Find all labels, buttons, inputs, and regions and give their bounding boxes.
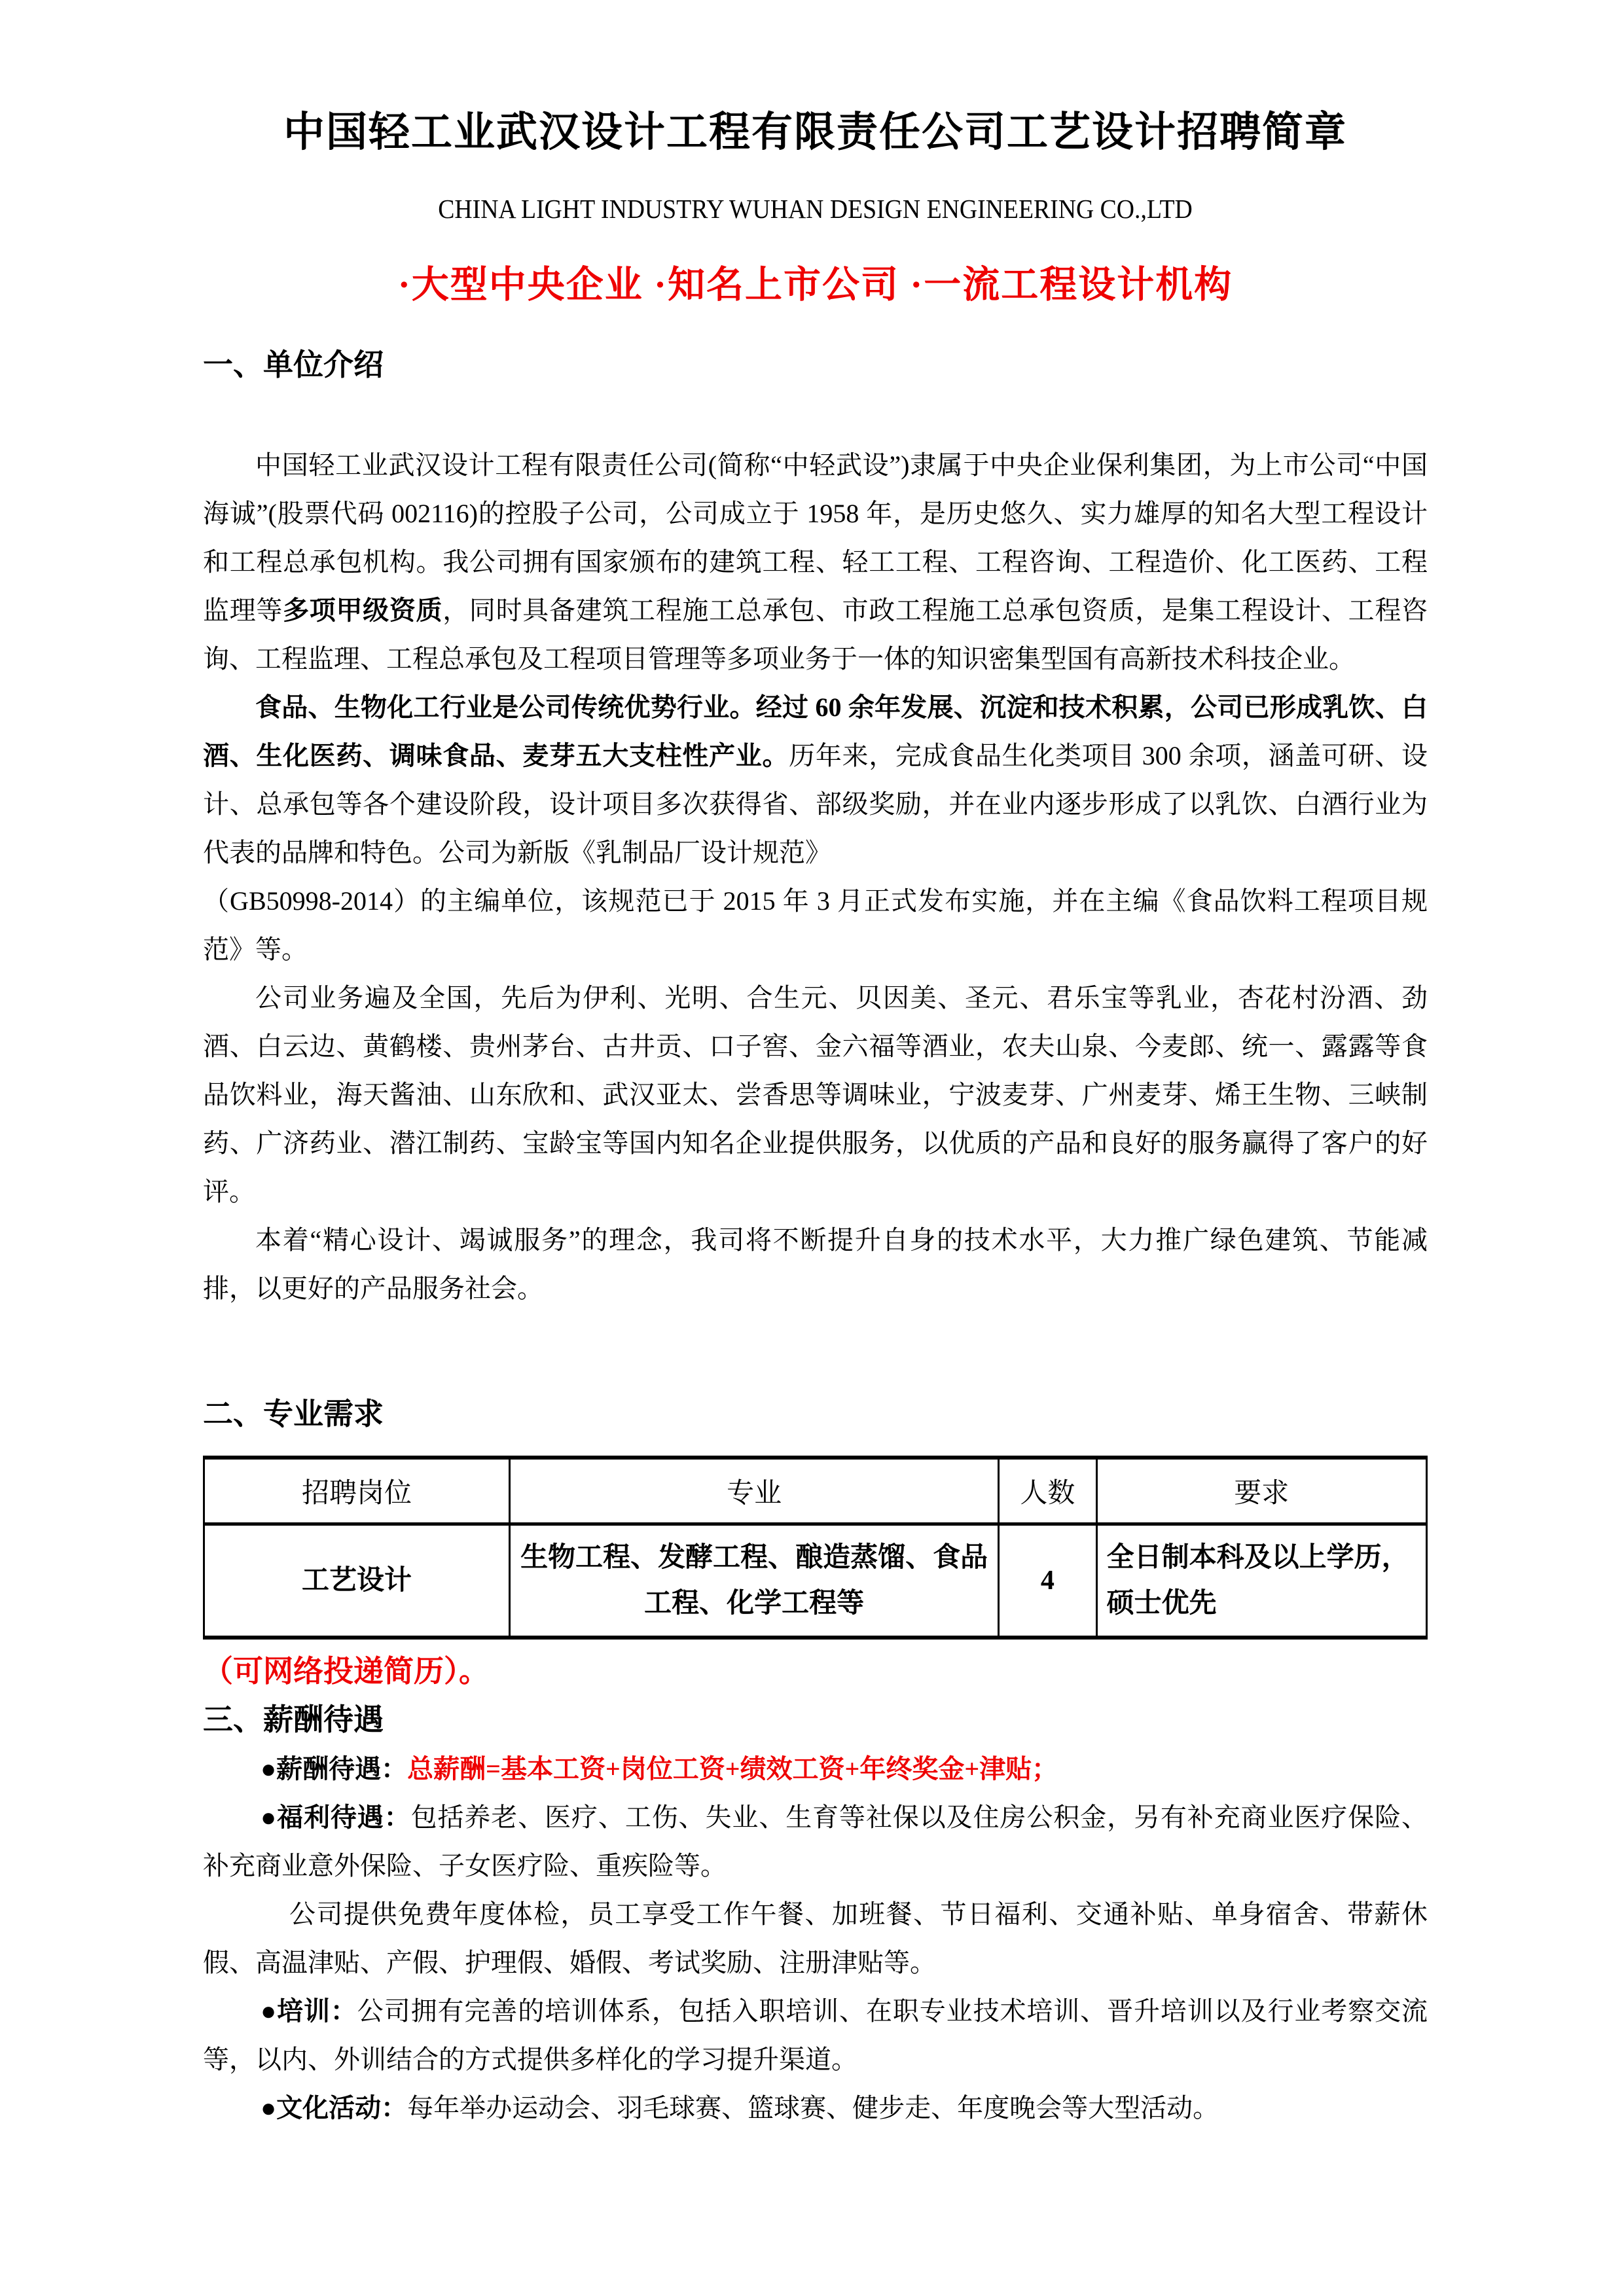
section-heading-majors: 二、专业需求 [203,1395,1428,1433]
bullet-marker: ● [261,2093,276,2123]
table-header-row: 招聘岗位 专业 人数 要求 [204,1458,1427,1524]
page-title: 中国轻工业武汉设计工程有限责任公司工艺设计招聘简章 [203,108,1428,158]
salary-item-text: 总薪酬=基本工资+岗位工资+绩效工资+年终奖金+津贴； [407,1754,1058,1784]
salary-item-text: 每年举办运动会、羽毛球赛、篮球赛、健步走、年度晚会等大型活动。 [407,2093,1219,2123]
table-header-headcount: 人数 [999,1458,1096,1524]
section-heading-intro: 一、单位介绍 [203,346,1428,384]
online-resume-note: （可网络投递简历）。 [203,1651,1428,1692]
salary-item-training: ●培训：公司拥有完善的培训体系，包括入职培训、在职专业技术培训、晋升培训以及行业… [203,1987,1428,2084]
text-run-bold-qualifications: 多项甲级资质 [283,596,442,625]
salary-item-welfare: ●福利待遇：包括养老、医疗、工伤、失业、生育等社保以及住房公积金，另有补充商业医… [203,1793,1428,1890]
table-header-requirement: 要求 [1096,1458,1426,1524]
table-cell-position: 工艺设计 [204,1524,510,1638]
section-heading-salary: 三、薪酬待遇 [203,1701,1428,1739]
salary-item-label: 薪酬待遇： [276,1755,407,1784]
page-title-english: CHINA LIGHT INDUSTRY WUHAN DESIGN ENGINE… [252,193,1379,224]
bullet-marker: ● [261,1803,277,1832]
table-cell-headcount: 4 [999,1524,1096,1638]
salary-item-compensation: ●薪酬待遇：总薪酬=基本工资+岗位工资+绩效工资+年终奖金+津贴； [203,1745,1428,1793]
salary-item-label: 培训： [277,1997,357,2026]
bullet-marker: ● [261,1754,276,1784]
salary-welfare-extra: 公司提供免费年度体检，员工享受工作午餐、加班餐、节日福利、交通补贴、单身宿舍、带… [203,1890,1428,1987]
majors-table: 招聘岗位 专业 人数 要求 工艺设计 生物工程、发酵工程、酿造蒸馏、食品工程、化… [203,1456,1428,1640]
salary-item-culture: ●文化活动：每年举办运动会、羽毛球赛、篮球赛、健步走、年度晚会等大型活动。 [203,2084,1428,2132]
intro-paragraph-4: 本着“精心设计、竭诚服务”的理念，我司将不断提升自身的技术水平，大力推广绿色建筑… [203,1216,1428,1313]
salary-item-label: 文化活动： [276,2094,407,2123]
text-run: （GB50998-2014）的主编单位，该规范已于 2015 年 3 月正式发布… [203,886,1428,964]
intro-paragraph-2: 食品、生物化工行业是公司传统优势行业。经过 60 余年发展、沉淀和技术积累，公司… [203,683,1428,974]
table-header-major: 专业 [510,1458,999,1524]
salary-item-label: 福利待遇： [277,1803,411,1832]
company-slogan: ·大型中央企业 ·知名上市公司 ·一流工程设计机构 [203,255,1428,308]
intro-paragraph-3: 公司业务遍及全国，先后为伊利、光明、合生元、贝因美、圣元、君乐宝等乳业，杏花村汾… [203,974,1428,1216]
table-header-position: 招聘岗位 [204,1458,510,1524]
table-cell-major: 生物工程、发酵工程、酿造蒸馏、食品工程、化学工程等 [510,1524,999,1638]
salary-item-text: 公司拥有完善的培训体系，包括入职培训、在职专业技术培训、晋升培训以及行业考察交流… [203,1996,1428,2074]
document-page: 中国轻工业武汉设计工程有限责任公司工艺设计招聘简章 CHINA LIGHT IN… [0,0,1624,2296]
intro-paragraph-1: 中国轻工业武汉设计工程有限责任公司(简称“中轻武设”)隶属于中央企业保利集团，为… [203,441,1428,683]
bullet-marker: ● [261,1996,277,2026]
table-row: 工艺设计 生物工程、发酵工程、酿造蒸馏、食品工程、化学工程等 4 全日制本科及以… [204,1524,1427,1638]
table-cell-requirement: 全日制本科及以上学历，硕士优先 [1096,1524,1426,1638]
